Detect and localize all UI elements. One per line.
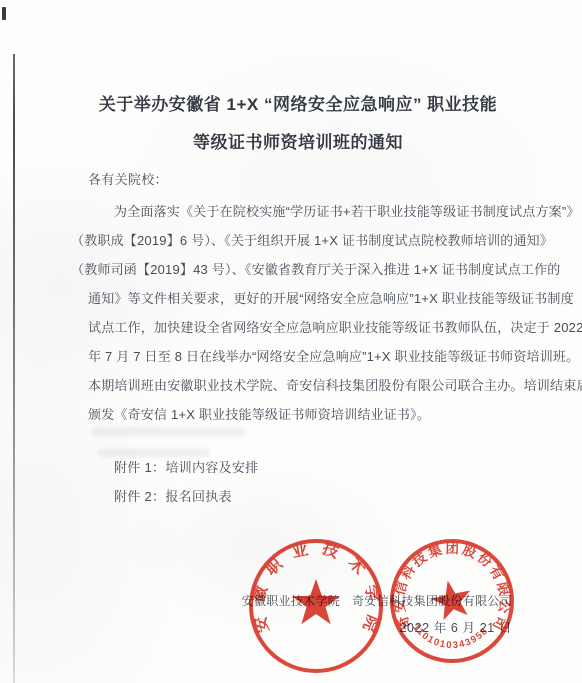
body-line: （教职成【2019】6 号）、《关于组织开展 1+X 证书制度试点院校教师培训的… [71, 226, 530, 255]
seal-serial-number: 1101010343958 [410, 622, 491, 651]
scan-edge-line [13, 54, 15, 683]
attachment-item-1: 附件 1：培训内容及安排 [114, 457, 258, 476]
body-line: 为全面落实《关于在院校实施“学历证书+若干职业技能等级证书制度试点方案”》 [88, 197, 530, 226]
body-line: 试点工作，加快建设全省网络安全应急响应职业技能等级证书教师队伍，决定于 2022 [88, 313, 530, 342]
body-line: 通知》等文件相关要求，更好的开展“网络安全应急响应”1+X 职业技能等级证书制度 [88, 284, 530, 313]
body-paragraph: 为全面落实《关于在院校实施“学历证书+若干职业技能等级证书制度试点方案”》 （教… [88, 197, 530, 429]
notice-title-line1: 关于举办安徽省 1+X “网络安全应急响应” 职业技能 [55, 86, 541, 124]
notice-title: 关于举办安徽省 1+X “网络安全应急响应” 职业技能 等级证书师资培训班的通知 [55, 86, 541, 162]
star-icon [292, 579, 340, 624]
bleed-through-smudge [92, 427, 244, 436]
body-line: 年 7 月 7 日至 8 日在线举办“网络安全应急响应”1+X 职业技能等级证书… [88, 342, 530, 371]
attachment-item-2: 附件 2：报名回执表 [114, 486, 232, 505]
scanned-notice-page: 关于举办安徽省 1+X “网络安全应急响应” 职业技能 等级证书师资培训班的通知… [0, 0, 582, 683]
svg-text:1101010343958: 1101010343958 [410, 622, 491, 651]
body-line: （教师司函【2019】43 号）、《安徽省教育厅关于深入推进 1+X 证书制度试… [71, 255, 530, 284]
bleed-through-smudge [98, 449, 210, 457]
salutation: 各有关院校： [88, 169, 168, 188]
scan-corner-artifact [2, 7, 6, 20]
school-seal-stamp: 安徽职业技术学院 [244, 534, 388, 678]
notice-title-line2: 等级证书师资培训班的通知 [55, 124, 541, 162]
body-line: 颁发《奇安信 1+X 职业技能等级证书师资培训结业证书》。 [88, 400, 530, 429]
body-line: 本期培训班由安徽职业技术学院、奇安信科技集团股份有限公司联合主办。培训结束后， [88, 371, 530, 400]
star-icon [428, 576, 475, 621]
company-seal-stamp: 奇安信科技集团股份有限公司 1101010343958 [386, 535, 518, 667]
